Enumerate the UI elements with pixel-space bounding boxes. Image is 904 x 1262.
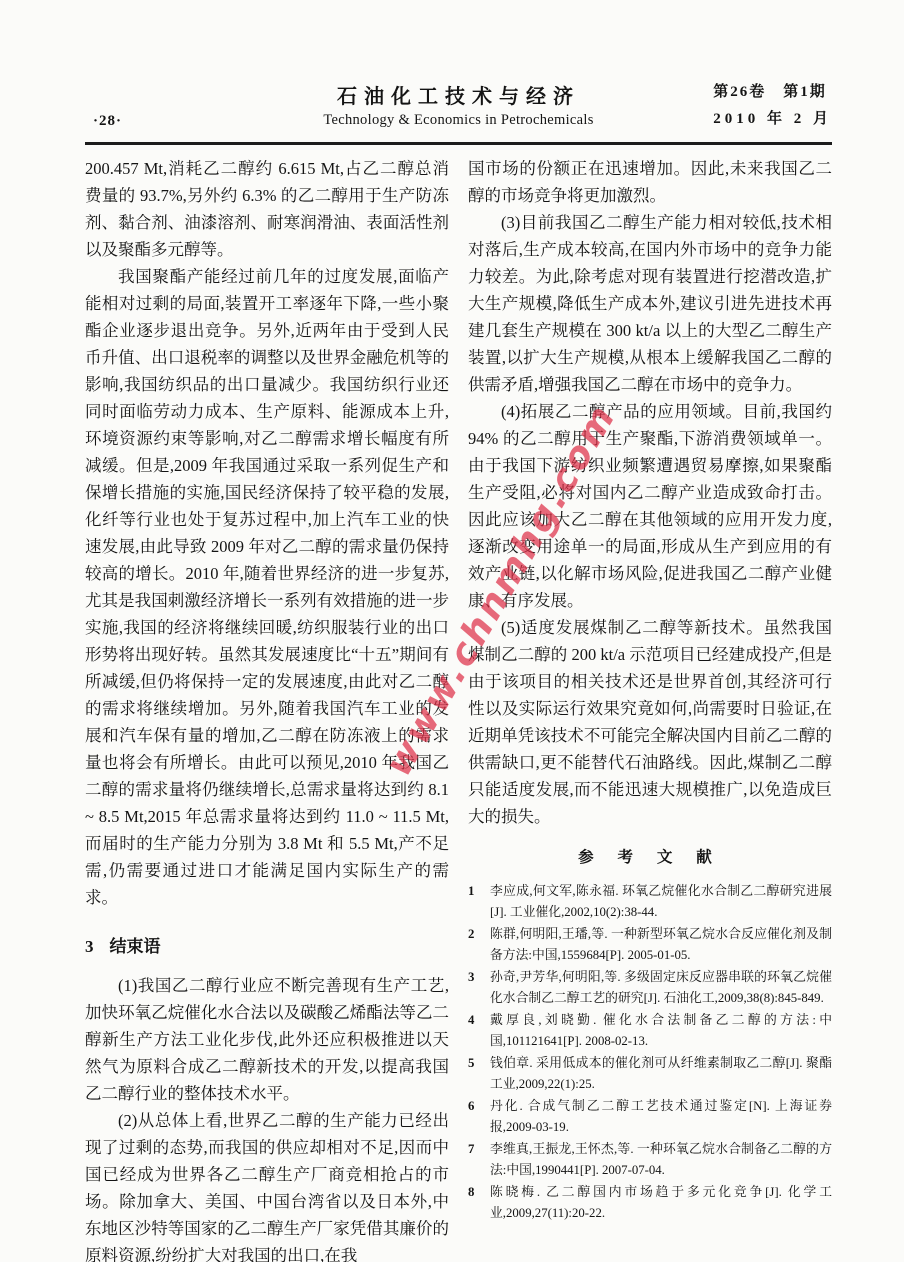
volume-issue-block: 第26卷 第1期 2010 年 2 月 — [713, 80, 832, 128]
reference-number: 3 — [468, 967, 490, 1009]
body-paragraph: (1)我国乙二醇行业应不断完善现有生产工艺,加快环氧乙烷催化水合法以及碳酸乙烯酯… — [85, 972, 449, 1107]
reference-number: 5 — [468, 1053, 490, 1095]
reference-number: 2 — [468, 924, 490, 966]
body-paragraph: (2)从总体上看,世界乙二醇的生产能力已经出现了过剩的态势,而我国的供应却相对不… — [85, 1107, 449, 1262]
body-paragraph: (5)适度发展煤制乙二醇等新技术。虽然我国煤制乙二醇的 200 kt/a 示范项… — [468, 614, 832, 830]
reference-text: 戴厚良,刘晓勤. 催化水合法制备乙二醇的方法:中国,101121641[P]. … — [490, 1010, 832, 1052]
reference-number: 6 — [468, 1096, 490, 1138]
reference-number: 8 — [468, 1182, 490, 1224]
reference-number: 4 — [468, 1010, 490, 1052]
body-paragraph: 国市场的份额正在迅速增加。因此,未来我国乙二醇的市场竞争将更加激烈。 — [468, 155, 832, 209]
reference-number: 7 — [468, 1139, 490, 1181]
body-paragraph: (3)目前我国乙二醇生产能力相对较低,技术相对落后,生产成本较高,在国内外市场中… — [468, 209, 832, 398]
reference-text: 丹化. 合成气制乙二醇工艺技术通过鉴定[N]. 上海证券报,2009-03-19… — [490, 1096, 832, 1138]
section-number: 3 — [85, 937, 94, 956]
reference-text: 钱伯章. 采用低成本的催化剂可从纤维素制取乙二醇[J]. 聚酯工业,2009,2… — [490, 1053, 832, 1095]
body-paragraph: 200.457 Mt,消耗乙二醇约 6.615 Mt,占乙二醇总消费量的 93.… — [85, 155, 449, 263]
body-paragraph: 我国聚酯产能经过前几年的过度发展,面临产能相对过剩的局面,装置开工率逐年下降,一… — [85, 263, 449, 911]
reference-item: 1 李应成,何文军,陈永福. 环氧乙烷催化水合制乙二醇研究进展[J]. 工业催化… — [468, 881, 832, 923]
reference-item: 5 钱伯章. 采用低成本的催化剂可从纤维素制取乙二醇[J]. 聚酯工业,2009… — [468, 1053, 832, 1095]
reference-text: 孙奇,尹芳华,何明阳,等. 多级固定床反应器串联的环氧乙烷催化水合制乙二醇工艺的… — [490, 967, 832, 1009]
reference-text: 李应成,何文军,陈永福. 环氧乙烷催化水合制乙二醇研究进展[J]. 工业催化,2… — [490, 881, 832, 923]
left-column: 200.457 Mt,消耗乙二醇约 6.615 Mt,占乙二醇总消费量的 93.… — [85, 155, 449, 1262]
reference-item: 3 孙奇,尹芳华,何明阳,等. 多级固定床反应器串联的环氧乙烷催化水合制乙二醇工… — [468, 967, 832, 1009]
reference-item: 6 丹化. 合成气制乙二醇工艺技术通过鉴定[N]. 上海证券报,2009-03-… — [468, 1096, 832, 1138]
references-list: 1 李应成,何文军,陈永福. 环氧乙烷催化水合制乙二醇研究进展[J]. 工业催化… — [468, 881, 832, 1224]
reference-text: 李维真,王振龙,王怀杰,等. 一种环氧乙烷水合制备乙二醇的方法:中国,19904… — [490, 1139, 832, 1181]
right-column: 国市场的份额正在迅速增加。因此,未来我国乙二醇的市场竞争将更加激烈。 (3)目前… — [468, 155, 832, 1262]
journal-page: ·28· 石油化工技术与经济 Technology & Economics in… — [0, 0, 904, 1262]
volume-issue: 第26卷 第1期 — [713, 80, 832, 101]
reference-text: 陈晓梅. 乙二醇国内市场趋于多元化竞争[J]. 化学工业,2009,27(11)… — [490, 1182, 832, 1224]
header-divider — [85, 142, 832, 145]
reference-item: 7 李维真,王振龙,王怀杰,等. 一种环氧乙烷水合制备乙二醇的方法:中国,199… — [468, 1139, 832, 1181]
issue-date: 2010 年 2 月 — [713, 107, 832, 128]
reference-item: 4 戴厚良,刘晓勤. 催化水合法制备乙二醇的方法:中国,101121641[P]… — [468, 1010, 832, 1052]
references-title: 参 考 文 献 — [468, 844, 832, 871]
reference-item: 8 陈晓梅. 乙二醇国内市场趋于多元化竞争[J]. 化学工业,2009,27(1… — [468, 1182, 832, 1224]
page-header: ·28· 石油化工技术与经济 Technology & Economics in… — [85, 58, 832, 138]
reference-text: 陈群,何明阳,王璠,等. 一种新型环氧乙烷水合反应催化剂及制备方法:中国,155… — [490, 924, 832, 966]
section-heading-conclusion: 3结束语 — [85, 933, 449, 960]
body-paragraph: (4)拓展乙二醇产品的应用领域。目前,我国约 94% 的乙二醇用于生产聚酯,下游… — [468, 398, 832, 614]
reference-item: 2 陈群,何明阳,王璠,等. 一种新型环氧乙烷水合反应催化剂及制备方法:中国,1… — [468, 924, 832, 966]
section-title: 结束语 — [110, 937, 161, 956]
reference-number: 1 — [468, 881, 490, 923]
two-column-body: 200.457 Mt,消耗乙二醇约 6.615 Mt,占乙二醇总消费量的 93.… — [85, 155, 832, 1262]
